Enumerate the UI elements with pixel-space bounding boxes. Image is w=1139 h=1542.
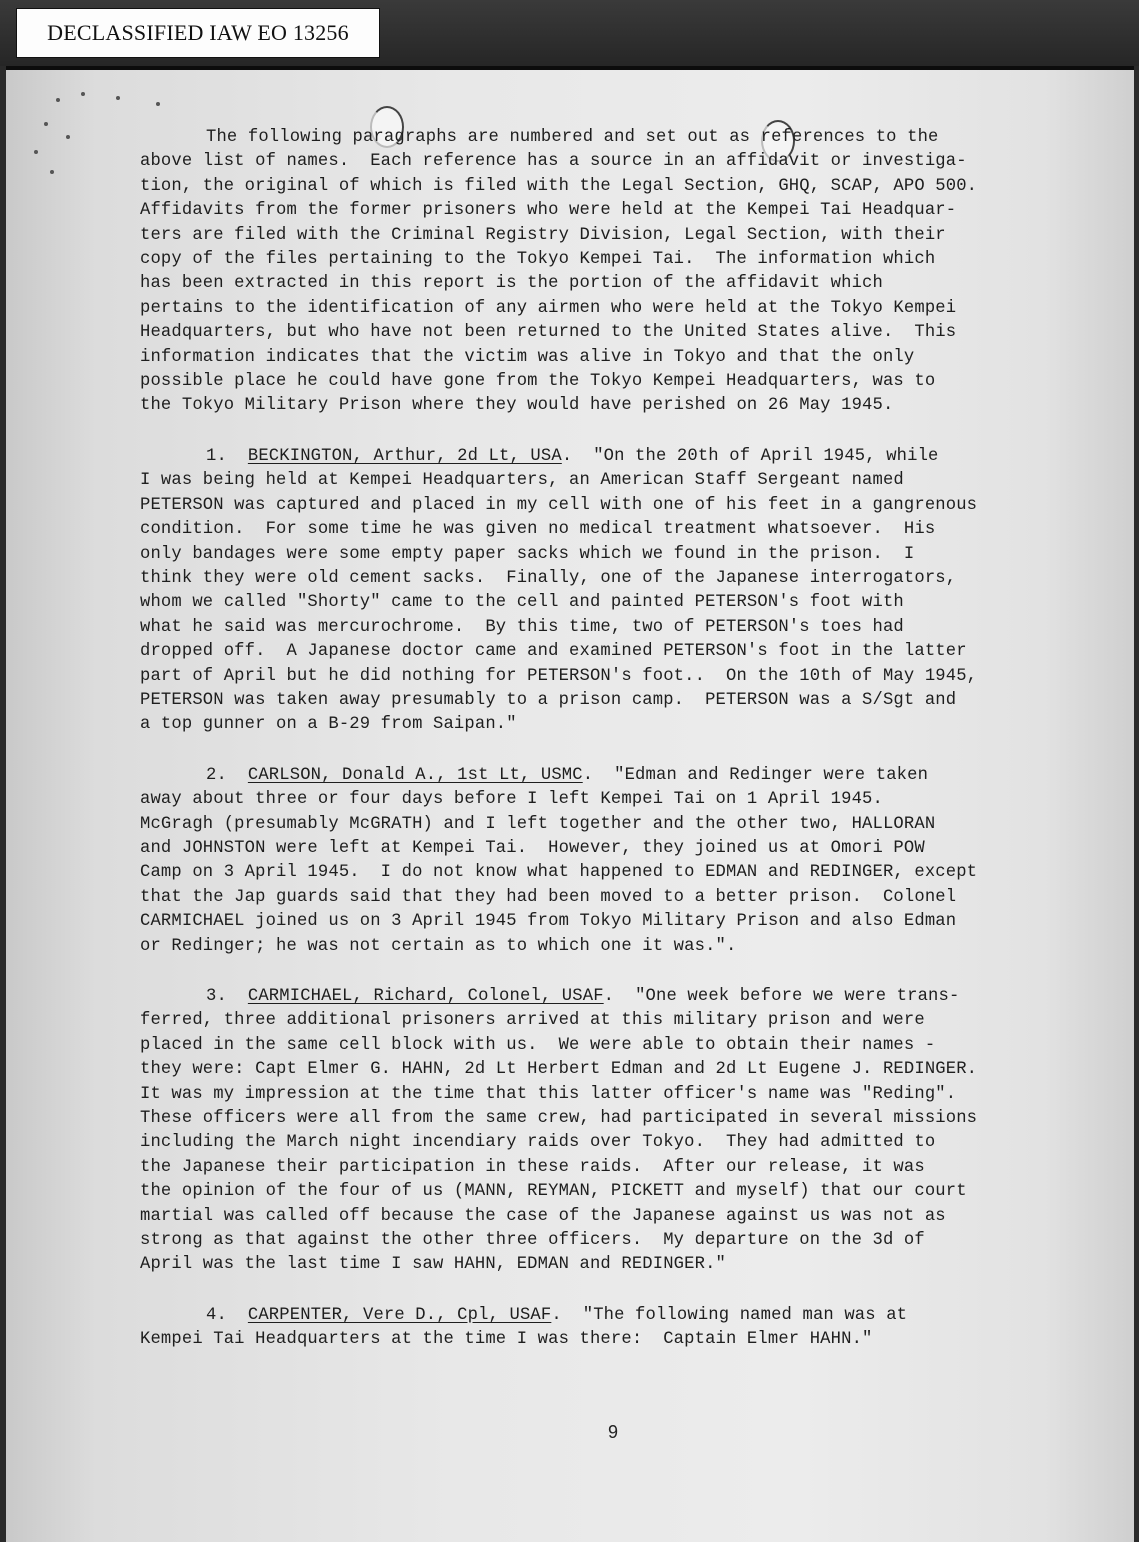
reference-line: only bandages were some empty paper sack…	[140, 543, 1060, 567]
reference-line: April was the last time I saw HAHN, EDMA…	[140, 1253, 1060, 1277]
reference-first-line: 1. BECKINGTON, Arthur, 2d Lt, USA. "On t…	[140, 445, 1060, 469]
reference-line: whom we called "Shorty" came to the cell…	[140, 591, 1060, 615]
reference-number: 4.	[206, 1306, 227, 1325]
reference-number: 3.	[206, 987, 227, 1006]
reference-line: the Japanese their participation in thes…	[140, 1156, 1060, 1180]
reference-line: These officers were all from the same cr…	[140, 1107, 1060, 1131]
reference-name: BECKINGTON, Arthur, 2d Lt, USA	[248, 447, 562, 466]
reference-line: condition. For some time he was given no…	[140, 518, 1060, 542]
intro-line: Headquarters, but who have not been retu…	[140, 321, 1060, 345]
reference-line: I was being held at Kempei Headquarters,…	[140, 469, 1060, 493]
reference-quote-start: . "The following named man was at	[551, 1306, 907, 1325]
intro-line: Affidavits from the former prisoners who…	[140, 199, 1060, 223]
reference-line: including the March night incendiary rai…	[140, 1131, 1060, 1155]
page-number: 9	[608, 1422, 618, 1443]
reference-number: 2.	[206, 766, 227, 785]
reference-line: part of April but he did nothing for PET…	[140, 665, 1060, 689]
reference-line: McGragh (presumably McGRATH) and I left …	[140, 813, 1060, 837]
reference-line: and JOHNSTON were left at Kempei Tai. Ho…	[140, 837, 1060, 861]
reference-line: dropped off. A Japanese doctor came and …	[140, 640, 1060, 664]
intro-line: above list of names. Each reference has …	[140, 150, 1060, 174]
reference-first-line: 3. CARMICHAEL, Richard, Colonel, USAF. "…	[140, 985, 1060, 1009]
intro-line: copy of the files pertaining to the Toky…	[140, 248, 1060, 272]
reference-name: CARLSON, Donald A., 1st Lt, USMC	[248, 766, 583, 785]
intro-line: information indicates that the victim wa…	[140, 346, 1060, 370]
reference-line: placed in the same cell block with us. W…	[140, 1034, 1060, 1058]
reference-quote-start: . "On the 20th of April 1945, while	[562, 447, 939, 466]
intro-line: The following paragraphs are numbered an…	[140, 126, 1060, 150]
intro-line: possible place he could have gone from t…	[140, 370, 1060, 394]
reference-line: martial was called off because the case …	[140, 1205, 1060, 1229]
reference-line: strong as that against the other three o…	[140, 1229, 1060, 1253]
reference-line: Camp on 3 April 1945. I do not know what…	[140, 861, 1060, 885]
reference-line: PETERSON was captured and placed in my c…	[140, 494, 1060, 518]
reference-name: CARPENTER, Vere D., Cpl, USAF	[248, 1306, 551, 1325]
reference-number: 1.	[206, 447, 227, 466]
reference-paragraph: 1. BECKINGTON, Arthur, 2d Lt, USA. "On t…	[140, 445, 1060, 738]
declassified-stamp: DECLASSIFIED IAW EO 13256	[16, 8, 380, 58]
reference-paragraph: 4. CARPENTER, Vere D., Cpl, USAF. "The f…	[140, 1304, 1060, 1353]
intro-line: tion, the original of which is filed wit…	[140, 175, 1060, 199]
intro-line: pertains to the identification of any ai…	[140, 297, 1060, 321]
reference-line: a top gunner on a B-29 from Saipan."	[140, 713, 1060, 737]
reference-paragraph: 3. CARMICHAEL, Richard, Colonel, USAF. "…	[140, 985, 1060, 1278]
reference-paragraph: 2. CARLSON, Donald A., 1st Lt, USMC. "Ed…	[140, 764, 1060, 959]
reference-line: ferred, three additional prisoners arriv…	[140, 1009, 1060, 1033]
reference-line: what he said was mercurochrome. By this …	[140, 616, 1060, 640]
reference-quote-start: . "Edman and Redinger were taken	[583, 766, 928, 785]
intro-line: ters are filed with the Criminal Registr…	[140, 224, 1060, 248]
reference-first-line: 2. CARLSON, Donald A., 1st Lt, USMC. "Ed…	[140, 764, 1060, 788]
intro-line: the Tokyo Military Prison where they wou…	[140, 394, 1060, 418]
reference-line: It was my impression at the time that th…	[140, 1083, 1060, 1107]
reference-line: they were: Capt Elmer G. HAHN, 2d Lt Her…	[140, 1058, 1060, 1082]
intro-line: has been extracted in this report is the…	[140, 272, 1060, 296]
reference-line: Kempei Tai Headquarters at the time I wa…	[140, 1328, 1060, 1352]
reference-line: PETERSON was taken away presumably to a …	[140, 689, 1060, 713]
reference-line: that the Jap guards said that they had b…	[140, 886, 1060, 910]
reference-line: CARMICHAEL joined us on 3 April 1945 fro…	[140, 910, 1060, 934]
reference-list: 1. BECKINGTON, Arthur, 2d Lt, USA. "On t…	[140, 445, 1060, 1353]
reference-first-line: 4. CARPENTER, Vere D., Cpl, USAF. "The f…	[140, 1304, 1060, 1328]
reference-line: the opinion of the four of us (MANN, REY…	[140, 1180, 1060, 1204]
reference-quote-start: . "One week before we were trans-	[604, 987, 960, 1006]
intro-paragraph: The following paragraphs are numbered an…	[140, 126, 1060, 419]
reference-line: think they were old cement sacks. Finall…	[140, 567, 1060, 591]
reference-line: or Redinger; he was not certain as to wh…	[140, 935, 1060, 959]
document-body: The following paragraphs are numbered an…	[140, 126, 1060, 1379]
reference-line: away about three or four days before I l…	[140, 788, 1060, 812]
reference-name: CARMICHAEL, Richard, Colonel, USAF	[248, 987, 604, 1006]
